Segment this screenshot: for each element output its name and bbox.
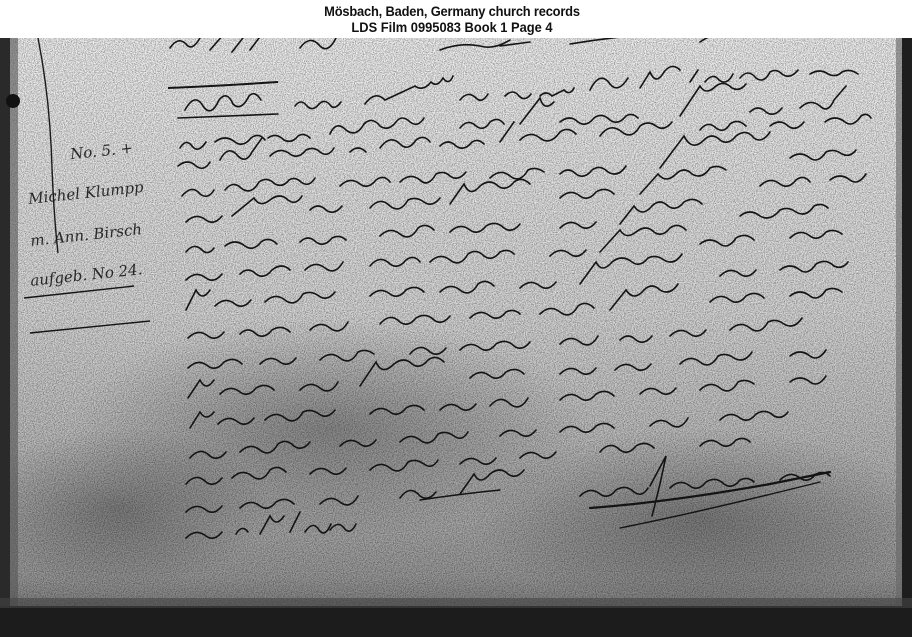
page-header: Mösbach, Baden, Germany church records L… [0, 0, 912, 38]
film-reference: LDS Film 0995083 Book 1 Page 4 [32, 19, 871, 35]
document-scan: No. 5. + Michel Klumpp m. Ann. Birsch au… [0, 38, 912, 637]
handwriting-image [0, 38, 912, 637]
record-title: Mösbach, Baden, Germany church records [32, 3, 871, 19]
